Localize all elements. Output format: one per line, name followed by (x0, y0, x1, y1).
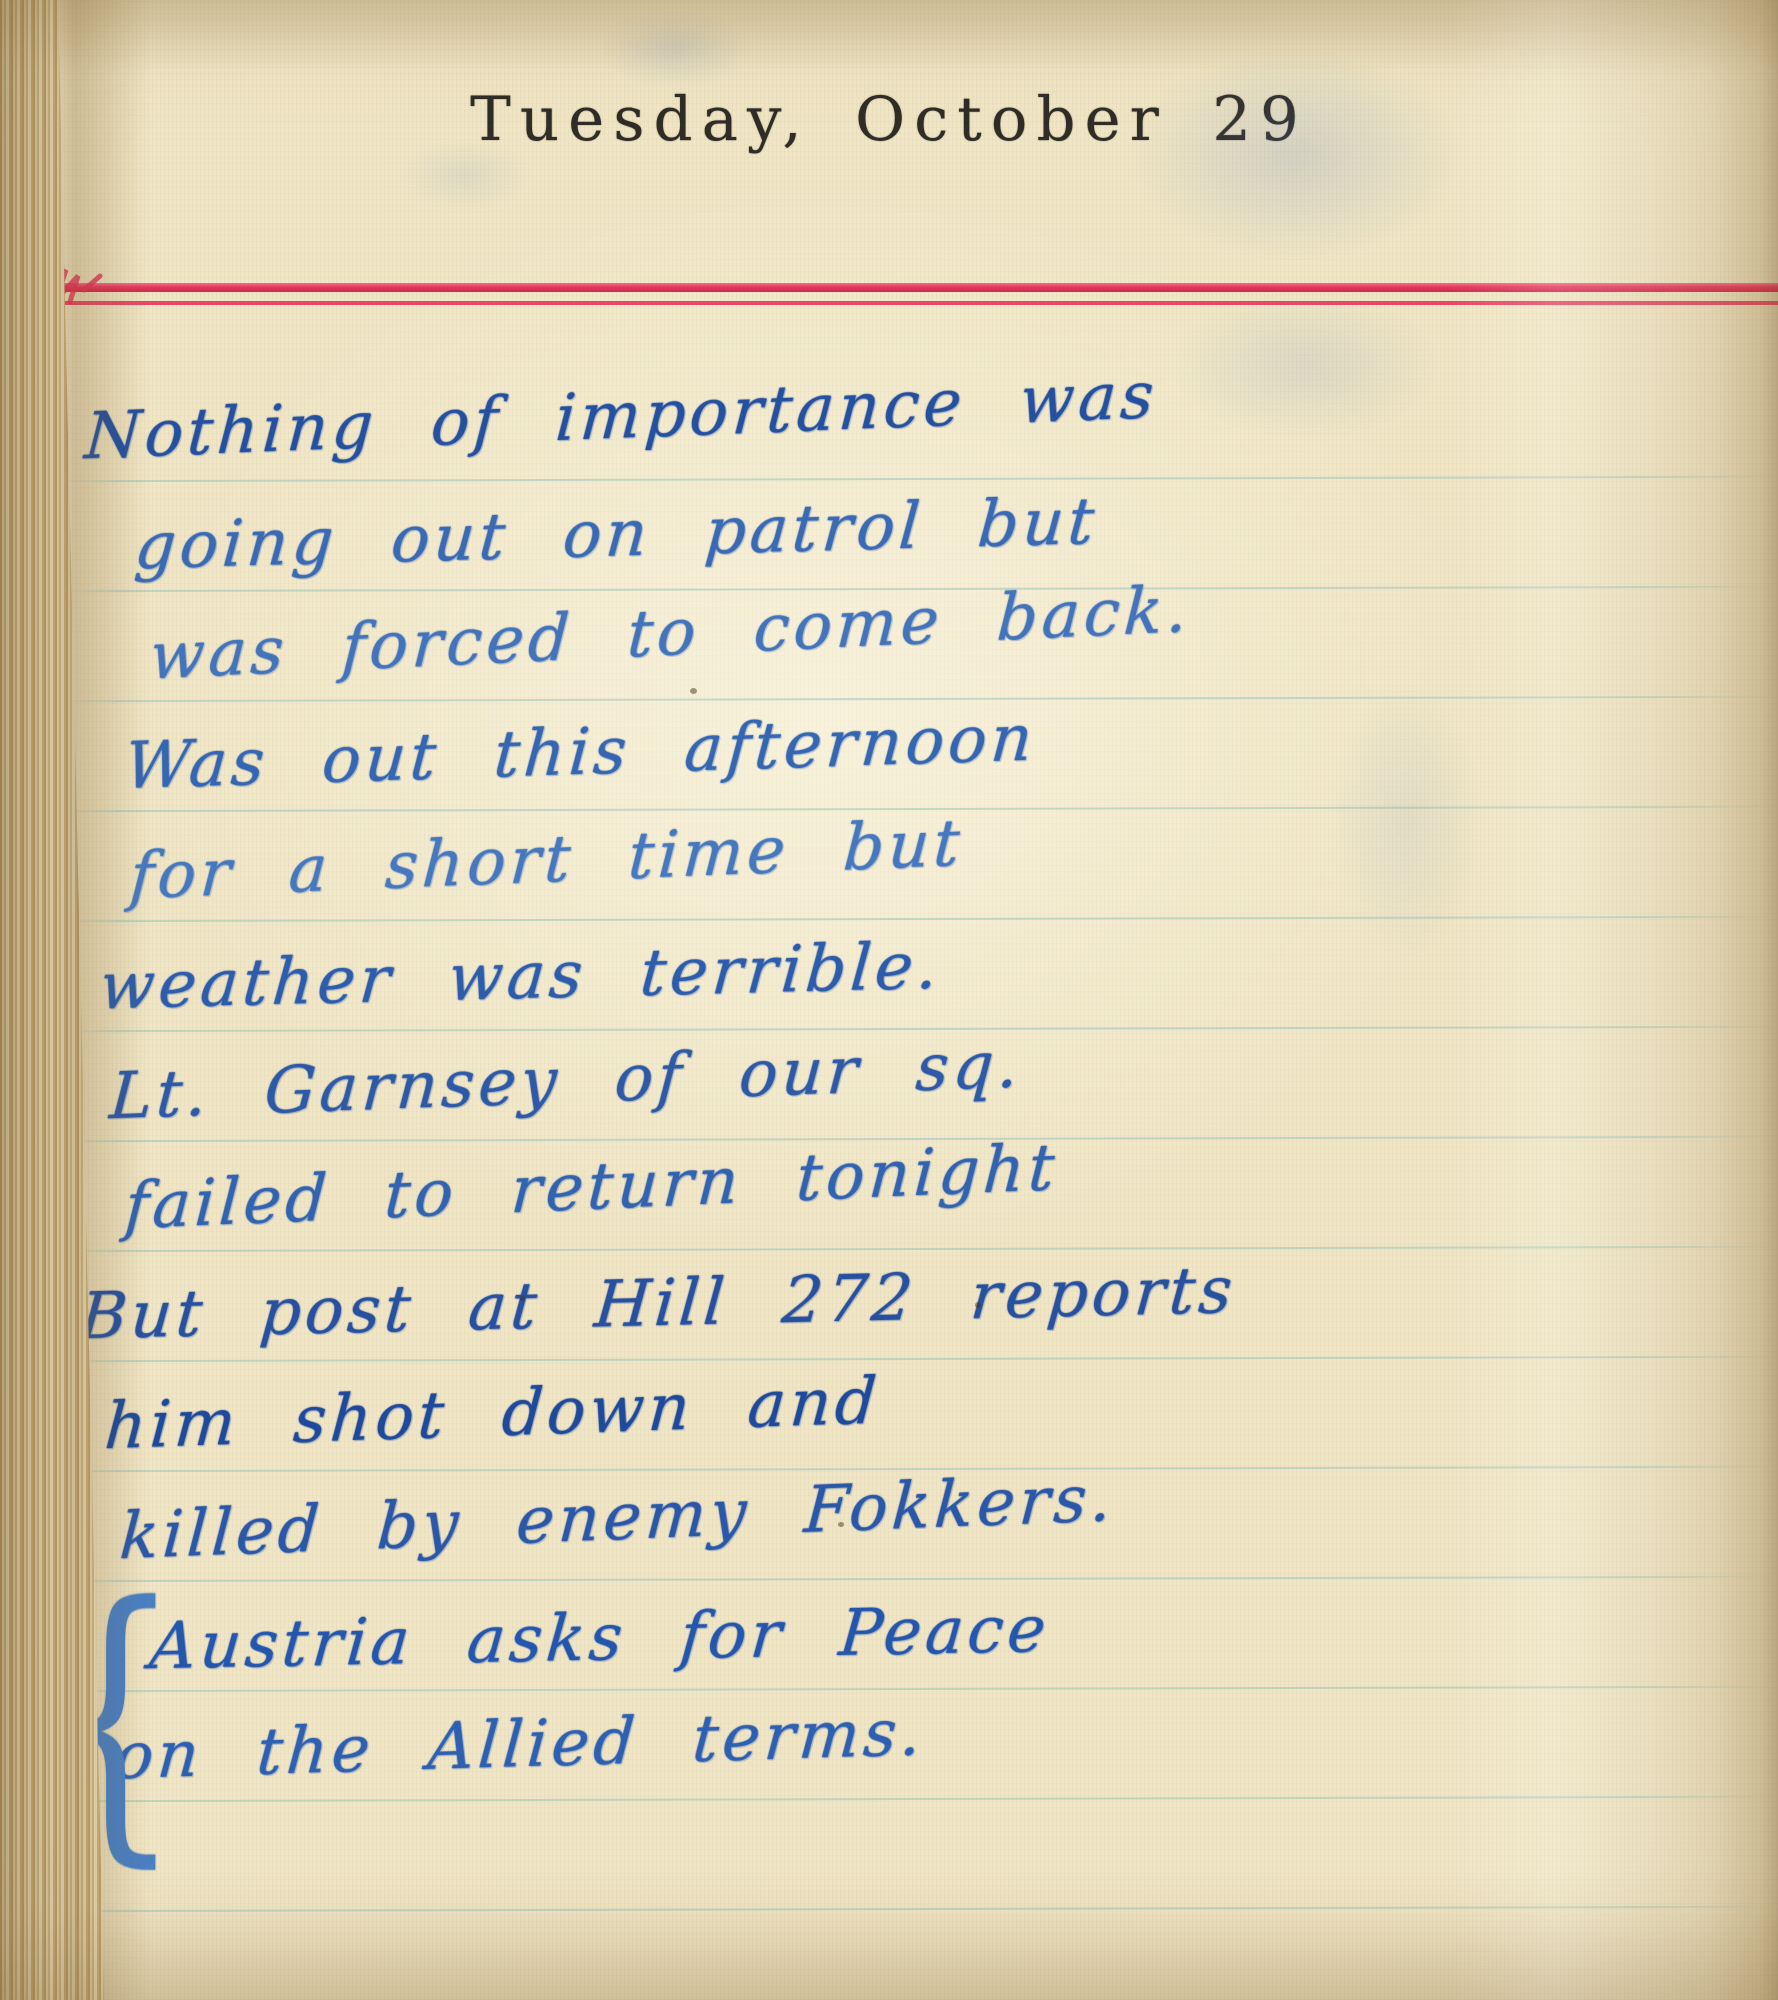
handwritten-line: Was out this afternoon (122, 701, 1038, 804)
ruled-line (58, 696, 1778, 703)
ruled-line (58, 1576, 1778, 1583)
paper-speck (520, 1296, 525, 1301)
handwritten-line: Nothing of importance was (83, 359, 1160, 474)
handwritten-line: on the Allied terms. (112, 1696, 927, 1794)
handwritten-line: going out on patrol but (132, 485, 1101, 584)
red-rule-bottom (20, 301, 1778, 305)
handwritten-line: Lt. Garnsey of our sq. (107, 1028, 1024, 1134)
handwritten-line: failed to return tonight (123, 1131, 1061, 1244)
ruled-line (58, 476, 1778, 483)
paper-speck (838, 1522, 844, 1527)
diary-page: Tuesday, October 29 Nothing of importanc… (0, 0, 1778, 2000)
ruled-line (58, 1246, 1778, 1253)
ruled-line (58, 1356, 1778, 1363)
ruled-line (58, 1796, 1778, 1803)
ruled-line (58, 1906, 1778, 1913)
ruled-line (58, 1686, 1778, 1693)
ink-bleed-smudge (1330, 680, 1480, 960)
handwritten-line: for a short time but (128, 806, 966, 914)
paper-speck (975, 1302, 981, 1308)
ink-bleed-smudge (1170, 290, 1440, 440)
handwritten-line: But post at Hill 272 reports (77, 1254, 1239, 1354)
ink-bleed-smudge (1130, 50, 1460, 260)
ruled-line (58, 916, 1778, 923)
handwritten-line: killed by enemy Fokkers. (118, 1462, 1118, 1574)
handwritten-line: weather was terrible. (97, 929, 944, 1024)
handwritten-line: him shot down and (102, 1364, 882, 1464)
paper-speck (690, 688, 697, 694)
ink-bleed-smudge (600, 8, 750, 88)
handwritten-line: Austria asks for Peace (147, 1593, 1053, 1684)
red-rule-top (20, 283, 1778, 292)
ink-bleed-smudge (400, 140, 530, 210)
